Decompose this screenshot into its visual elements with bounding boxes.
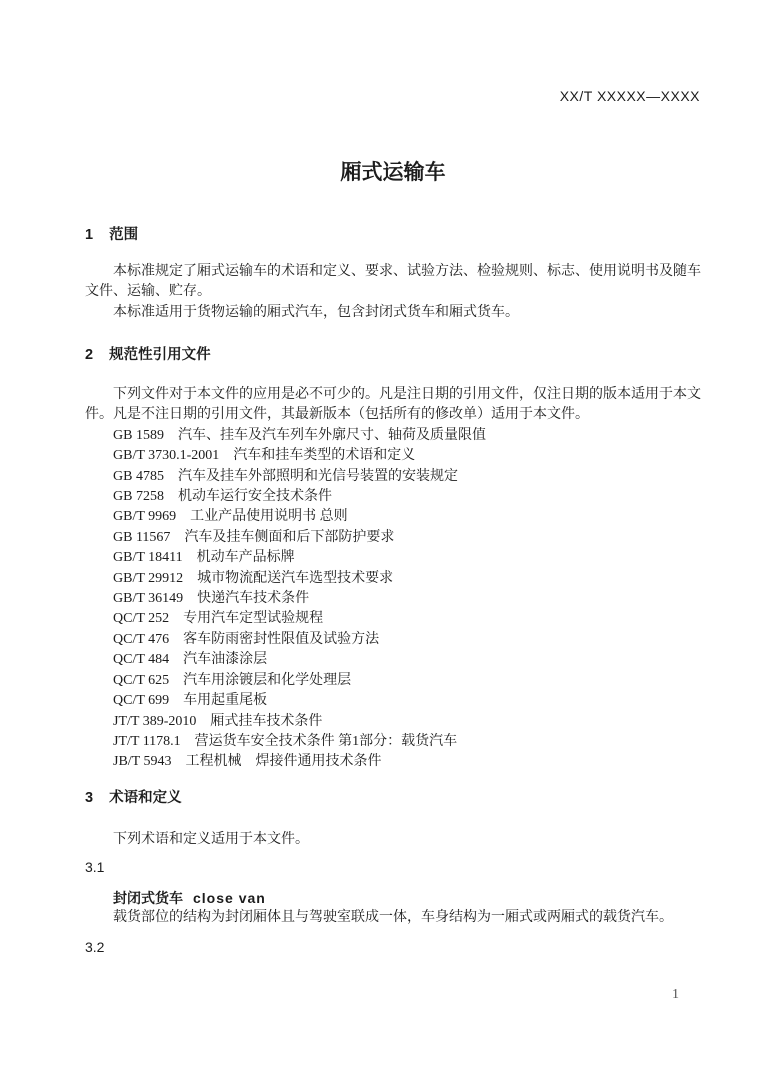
- reference-item: GB/T 3730.1-2001汽车和挂车类型的术语和定义: [113, 446, 701, 466]
- reference-code: GB/T 18411: [113, 550, 183, 565]
- reference-code: QC/T 252: [113, 611, 169, 626]
- reference-code: QC/T 625: [113, 673, 169, 688]
- section-references-heading: 2规范性引用文件: [85, 347, 701, 363]
- reference-item: GB/T 9969工业产品使用说明书 总则: [113, 507, 701, 527]
- reference-code: GB 1589: [113, 428, 164, 443]
- reference-title: 机动车产品标牌: [197, 550, 295, 565]
- reference-title: 汽车油漆涂层: [183, 652, 267, 667]
- document-page: XX/T XXXXX—XXXX 厢式运输车 1范围 本标准规定了厢式运输车的术语…: [0, 0, 763, 1071]
- reference-item: QC/T 625汽车用涂镀层和化学处理层: [113, 671, 701, 691]
- section-terms-heading: 3术语和定义: [85, 790, 701, 806]
- reference-code: GB 7258: [113, 489, 164, 504]
- reference-title: 汽车、挂车及汽车列车外廓尺寸、轴荷及质量限值: [178, 428, 486, 443]
- terms-intro-block: 下列术语和定义适用于本文件。: [85, 830, 701, 850]
- reference-code: GB/T 3730.1-2001: [113, 448, 219, 463]
- reference-title: 快递汽车技术条件: [197, 591, 309, 606]
- section-heading-text: 范围: [109, 227, 138, 243]
- reference-code: QC/T 699: [113, 693, 169, 708]
- reference-item: QC/T 699车用起重尾板: [113, 691, 701, 711]
- reference-title: 工业产品使用说明书 总则: [190, 509, 348, 524]
- section-number: 2: [85, 347, 93, 363]
- scope-paragraph: 本标准规定了厢式运输车的术语和定义、要求、试验方法、检验规则、标志、使用说明书及…: [85, 262, 701, 303]
- reference-title: 车用起重尾板: [183, 693, 267, 708]
- term-name-zh: 封闭式货车: [113, 890, 183, 906]
- section-heading-text: 规范性引用文件: [109, 347, 211, 363]
- reference-item: QC/T 484汽车油漆涂层: [113, 650, 701, 670]
- term-definition: 载货部位的结构为封闭厢体且与驾驶室联成一体，车身结构为一厢式或两厢式的载货汽车。: [85, 908, 701, 928]
- reference-code: JT/T 1178.1: [113, 734, 181, 749]
- reference-title: 汽车和挂车类型的术语和定义: [233, 448, 415, 463]
- reference-title: 汽车及挂车外部照明和光信号装置的安装规定: [178, 469, 458, 484]
- reference-title: 汽车用涂镀层和化学处理层: [183, 673, 351, 688]
- reference-title: 城市物流配送汽车选型技术要求: [197, 571, 393, 586]
- term-entry: 3.1 封闭式货车close van 载货部位的结构为封闭厢体且与驾驶室联成一体…: [85, 857, 701, 928]
- scope-paragraphs: 本标准规定了厢式运输车的术语和定义、要求、试验方法、检验规则、标志、使用说明书及…: [85, 262, 701, 323]
- reference-item: GB/T 29912城市物流配送汽车选型技术要求: [113, 569, 701, 589]
- reference-item: GB 7258机动车运行安全技术条件: [113, 487, 701, 507]
- reference-code: JB/T 5943: [113, 754, 171, 769]
- reference-item: GB/T 36149快递汽车技术条件: [113, 589, 701, 609]
- reference-title: 专用汽车定型试验规程: [183, 611, 323, 626]
- reference-title: 工程机械 焊接件通用技术条件: [185, 754, 381, 769]
- reference-title: 客车防雨密封性限值及试验方法: [183, 632, 379, 647]
- term-name-line: 封闭式货车close van: [113, 888, 701, 908]
- reference-title: 汽车及挂车侧面和后下部防护要求: [184, 530, 394, 545]
- scope-paragraph: 本标准适用于货物运输的厢式汽车，包含封闭式货车和厢式货车。: [85, 303, 701, 323]
- section-normative-references: 2规范性引用文件 下列文件对于本文件的应用是必不可少的。凡是注日期的引用文件，仅…: [85, 347, 701, 773]
- references-intro-block: 下列文件对于本文件的应用是必不可少的。凡是注日期的引用文件，仅注日期的版本适用于…: [85, 385, 701, 426]
- terms-intro: 下列术语和定义适用于本文件。: [85, 830, 701, 850]
- reference-item: GB 1589汽车、挂车及汽车列车外廓尺寸、轴荷及质量限值: [113, 426, 701, 446]
- reference-code: GB 4785: [113, 469, 164, 484]
- section-number: 3: [85, 790, 93, 806]
- section-number: 1: [85, 227, 93, 243]
- reference-code: QC/T 484: [113, 652, 169, 667]
- reference-item: JT/T 1178.1营运货车安全技术条件 第1部分：载货汽车: [113, 732, 701, 752]
- reference-item: QC/T 252专用汽车定型试验规程: [113, 609, 701, 629]
- reference-code: JT/T 389-2010: [113, 714, 196, 729]
- term-name-en: close van: [193, 890, 266, 906]
- reference-code: GB/T 9969: [113, 509, 176, 524]
- section-scope: 1范围 本标准规定了厢式运输车的术语和定义、要求、试验方法、检验规则、标志、使用…: [85, 227, 701, 323]
- page-number: 1: [672, 987, 679, 1003]
- next-clause-number: 3.2: [85, 937, 701, 957]
- reference-code: GB/T 29912: [113, 571, 183, 586]
- section-terms: 3术语和定义 下列术语和定义适用于本文件。 3.1 封闭式货车close van…: [85, 790, 701, 957]
- section-scope-heading: 1范围: [85, 227, 701, 243]
- reference-code: QC/T 476: [113, 632, 169, 647]
- reference-item: GB 4785汽车及挂车外部照明和光信号装置的安装规定: [113, 467, 701, 487]
- reference-item: GB 11567汽车及挂车侧面和后下部防护要求: [113, 528, 701, 548]
- term-entries: 3.1 封闭式货车close van 载货部位的结构为封闭厢体且与驾驶室联成一体…: [85, 857, 701, 928]
- reference-item: GB/T 18411机动车产品标牌: [113, 548, 701, 568]
- reference-title: 厢式挂车技术条件: [210, 714, 322, 729]
- references-intro: 下列文件对于本文件的应用是必不可少的。凡是注日期的引用文件，仅注日期的版本适用于…: [85, 385, 701, 426]
- reference-title: 机动车运行安全技术条件: [178, 489, 332, 504]
- document-title: 厢式运输车: [85, 159, 701, 187]
- term-clause-number: 3.1: [85, 857, 701, 877]
- standard-code: XX/T XXXXX—XXXX: [560, 88, 700, 104]
- section-heading-text: 术语和定义: [109, 790, 182, 806]
- reference-item: QC/T 476客车防雨密封性限值及试验方法: [113, 630, 701, 650]
- reference-list: GB 1589汽车、挂车及汽车列车外廓尺寸、轴荷及质量限值 GB/T 3730.…: [85, 426, 701, 773]
- reference-title: 营运货车安全技术条件 第1部分：载货汽车: [195, 734, 458, 749]
- reference-code: GB/T 36149: [113, 591, 183, 606]
- reference-item: JT/T 389-2010厢式挂车技术条件: [113, 712, 701, 732]
- reference-code: GB 11567: [113, 530, 170, 545]
- reference-item: JB/T 5943工程机械 焊接件通用技术条件: [113, 752, 701, 772]
